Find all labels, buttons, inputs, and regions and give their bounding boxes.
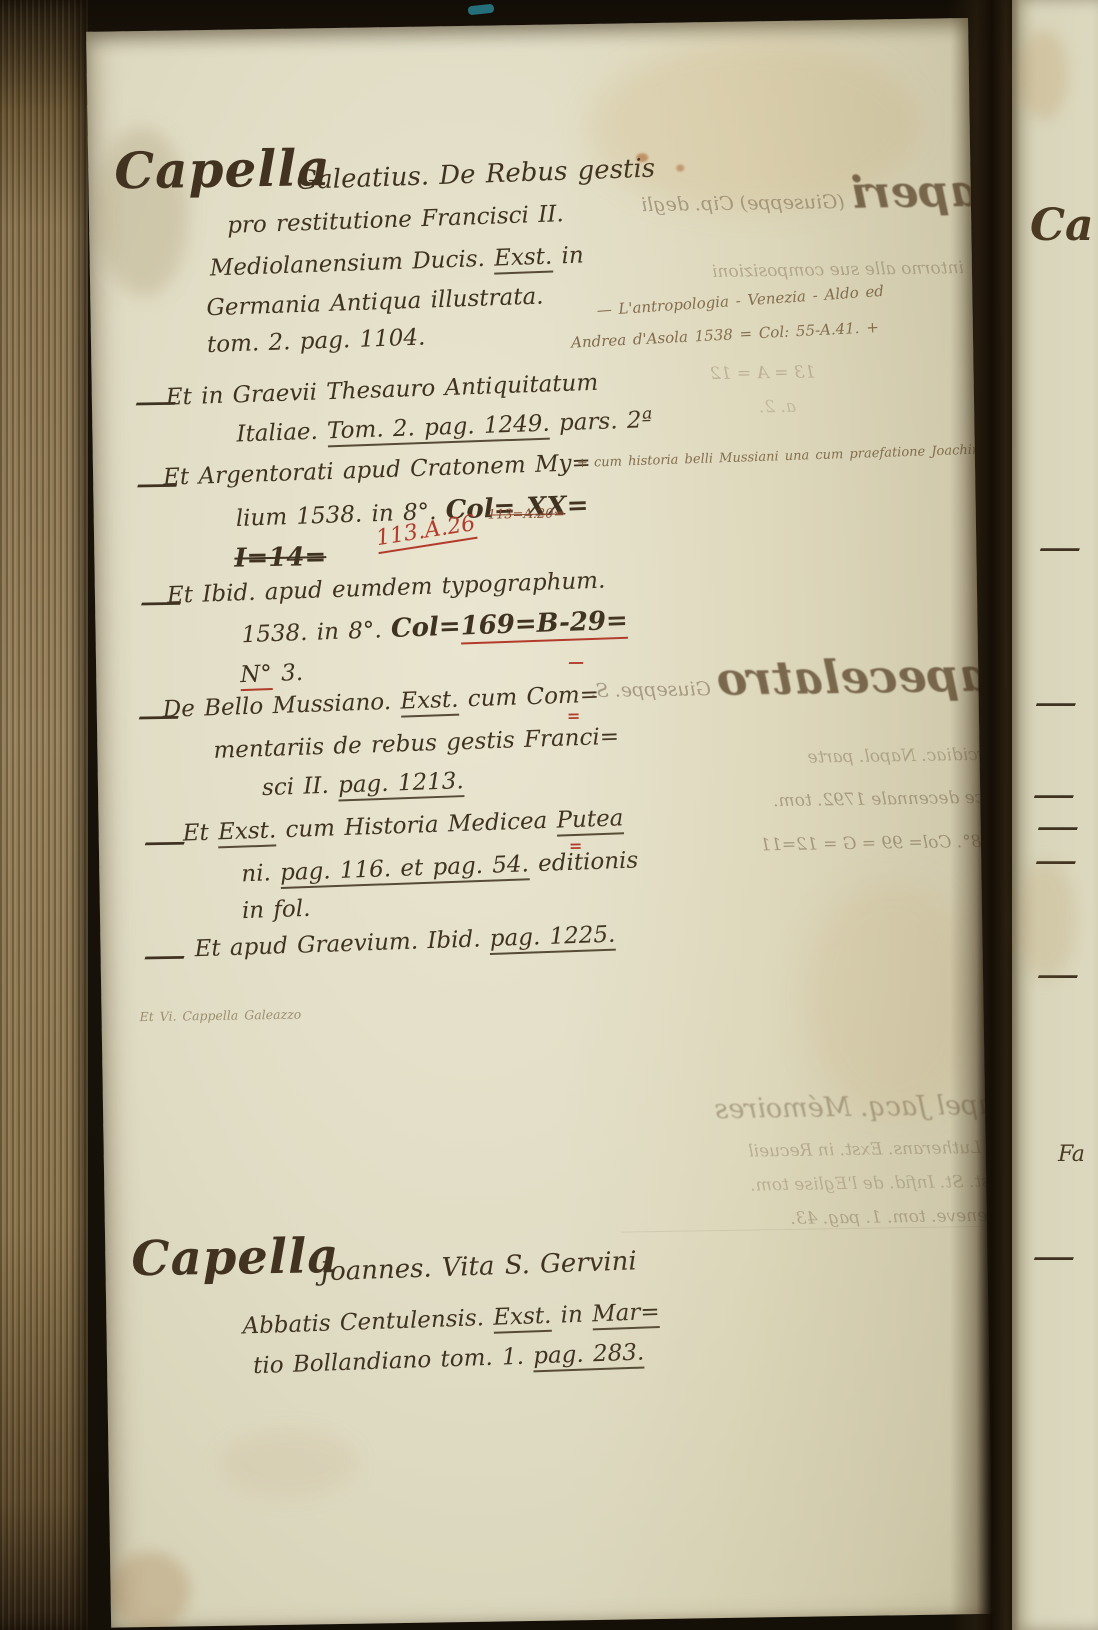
entry-heading: Capella: [131, 1228, 340, 1287]
margin-note: — L'antropologia - Venezia - Aldo ed: [596, 282, 884, 320]
entry-line: N° 3.: [240, 660, 304, 688]
text-segment-underlined: Exst.: [493, 1303, 552, 1334]
text-segment: Col=: [390, 612, 461, 644]
red-margin-mark: =: [567, 706, 581, 725]
bleed-through-text: Hist. St. Infid. de l'Eglise tom.: [610, 1171, 993, 1197]
margin-note: + cum historia belli Mussiani una cum pr…: [577, 442, 993, 471]
shelfmark-cancelled: 113=A.20=: [488, 506, 565, 522]
shelfmark-red-underlined: 169=B-29=: [460, 606, 628, 645]
entry-line: Et in Graevii Thesauro Antiquitatum: [165, 370, 598, 411]
entry-line: De Bello Mussiano. Exst. cum Com=: [162, 682, 599, 723]
facing-word-partial: Fa: [1058, 1142, 1085, 1167]
bleed-through-text: a. 2.: [636, 397, 796, 420]
text-segment-underlined: pag. 116. et pag. 54.: [280, 851, 530, 889]
entry-line: Et Ibid. apud eumdem typographum.: [167, 568, 606, 609]
paper-stain: [800, 878, 984, 1121]
facing-dash: —: [1038, 535, 1082, 562]
text-segment: Mediolanensium Ducis.: [209, 246, 494, 282]
text-segment-underlined: pag. 1213.: [338, 768, 465, 801]
paper-stain: [218, 1428, 359, 1500]
text-segment: Italiae.: [236, 418, 328, 447]
text-segment: 1538. in 8°.: [241, 617, 391, 648]
facing-dash: —: [1036, 962, 1080, 989]
entry-line: tom. 2. pag. 1104.: [207, 324, 426, 358]
text-segment: in: [551, 1301, 593, 1328]
bleed-word: (Giuseppe) Cip. degli: [641, 191, 851, 216]
entry-line: Germania Antiqua illustrata.: [206, 283, 544, 321]
entry-line: Et apud Graevium. Ibid. pag. 1225.: [194, 922, 616, 963]
facing-dash: —: [1034, 690, 1078, 717]
text-segment: tio Bollandiano tom. 1.: [253, 1343, 534, 1379]
cross-reference-note: Et Vi. Cappella Galeazzo: [139, 1007, 301, 1025]
bleed-through-text: 2. in 8°. Col= 99 = G = 12=11: [605, 831, 993, 858]
text-segment-underlined: Exst.: [218, 817, 277, 848]
text-segment: Et: [182, 819, 218, 846]
text-segment-underlined: Tom. 2. pag. 1249.: [327, 411, 551, 448]
facing-heading-partial: Ca: [1030, 200, 1094, 251]
bleed-word: Capecelatro: [716, 647, 993, 706]
shelfmark-cancelled: I=14=: [234, 542, 326, 573]
bleed-through-text: Caperi (Giuseppe) Cip. degli: [602, 165, 993, 222]
bleed-word: Caperi: [850, 165, 993, 219]
entry-line: 1538. in 8°. Col=169=B-29=: [241, 606, 628, 649]
text-segment: sci II.: [262, 772, 339, 801]
text-segment: Abbatis Centulensis.: [242, 1305, 494, 1340]
text-segment-underlined: Exst.: [400, 687, 459, 718]
margin-note: Andrea d'Asola 1538 = Col: 55-A.41. +: [571, 318, 880, 352]
red-margin-mark: =: [569, 836, 583, 855]
text-segment-underlined: pag. 283.: [533, 1340, 645, 1373]
bleed-through-text: Indice decennale 1792. tom.: [618, 787, 993, 813]
entry-line: Et Exst. cum Historia Medicea Putea: [182, 805, 624, 846]
paper-stain: [110, 1550, 191, 1627]
bleed-through-text: Capecelatro Giuseppe. S.: [625, 647, 993, 707]
entry-dash: —: [143, 828, 187, 856]
bleed-through-text: Capel Jacq. Mémoires: [635, 1089, 993, 1126]
entry-line: mentariis de rebus gestis Franci=: [213, 724, 619, 764]
text-segment: De Bello Mussiano.: [162, 689, 400, 723]
book-photograph: { "document": { "marks": { "dash": "—" }…: [0, 0, 1098, 1630]
text-segment-underlined: pag. 1225.: [489, 922, 616, 955]
bleed-through-text: Geneve. tom. 1. pag. 43.: [621, 1206, 993, 1233]
bleed-through-text: de Lutherans. Exst. in Recueil: [618, 1138, 993, 1164]
bleed-word: Giuseppe. S.: [590, 678, 717, 702]
text-segment: 3.: [271, 660, 303, 687]
text-segment-underlined: Mar=: [592, 1299, 661, 1330]
entry-line: Abbatis Centulensis. Exst. in Mar=: [242, 1299, 660, 1340]
entry-line: Mediolanensium Ducis. Exst. in: [209, 242, 584, 281]
text-segment: N°: [240, 661, 273, 691]
bleed-through-text: 13 = A = 12: [615, 362, 815, 385]
facing-dash: —: [1034, 848, 1078, 875]
paper-stain: [1018, 30, 1068, 120]
bleed-through-text: intorno alle sue composizioni: [644, 258, 964, 283]
teal-ink-mark: [468, 4, 495, 16]
facing-dash: —: [1036, 814, 1080, 841]
text-segment: ni.: [241, 860, 281, 887]
entry-line: pro restitutione Francisci II.: [227, 201, 564, 239]
bleed-through-text: ra arcidiac. Napol. parte: [639, 744, 993, 770]
red-margin-mark: —: [568, 652, 584, 671]
entry-title-line: Joannes. Vita S. Gervini: [319, 1246, 637, 1287]
entry-dash: —: [142, 942, 186, 970]
book-binding-edge: [0, 0, 88, 1630]
entry-line: tio Bollandiano tom. 1. pag. 283.: [253, 1340, 645, 1380]
text-segment-underlined: Putea: [556, 805, 624, 836]
facing-page-edge: Ca — — — — — — — Fa: [1012, 0, 1098, 1630]
text-segment: Et apud Graevium. Ibid.: [194, 926, 490, 962]
entry-line: Italiae. Tom. 2. pag. 1249. pars. 2ª: [236, 407, 653, 448]
facing-dash: —: [1032, 782, 1076, 809]
text-segment: cum Historia Medicea: [276, 808, 557, 844]
manuscript-page: Capella Galeatius. De Rebus gestis pro r…: [86, 18, 993, 1628]
text-segment: in: [552, 242, 584, 269]
entry-line: in fol.: [241, 896, 310, 924]
entry-line: sci II. pag. 1213.: [262, 768, 465, 801]
entry-line: Et Argentorati apud Cratonem My=: [163, 450, 591, 491]
facing-dash: —: [1032, 1244, 1076, 1271]
text-segment-underlined: Exst.: [494, 244, 553, 275]
